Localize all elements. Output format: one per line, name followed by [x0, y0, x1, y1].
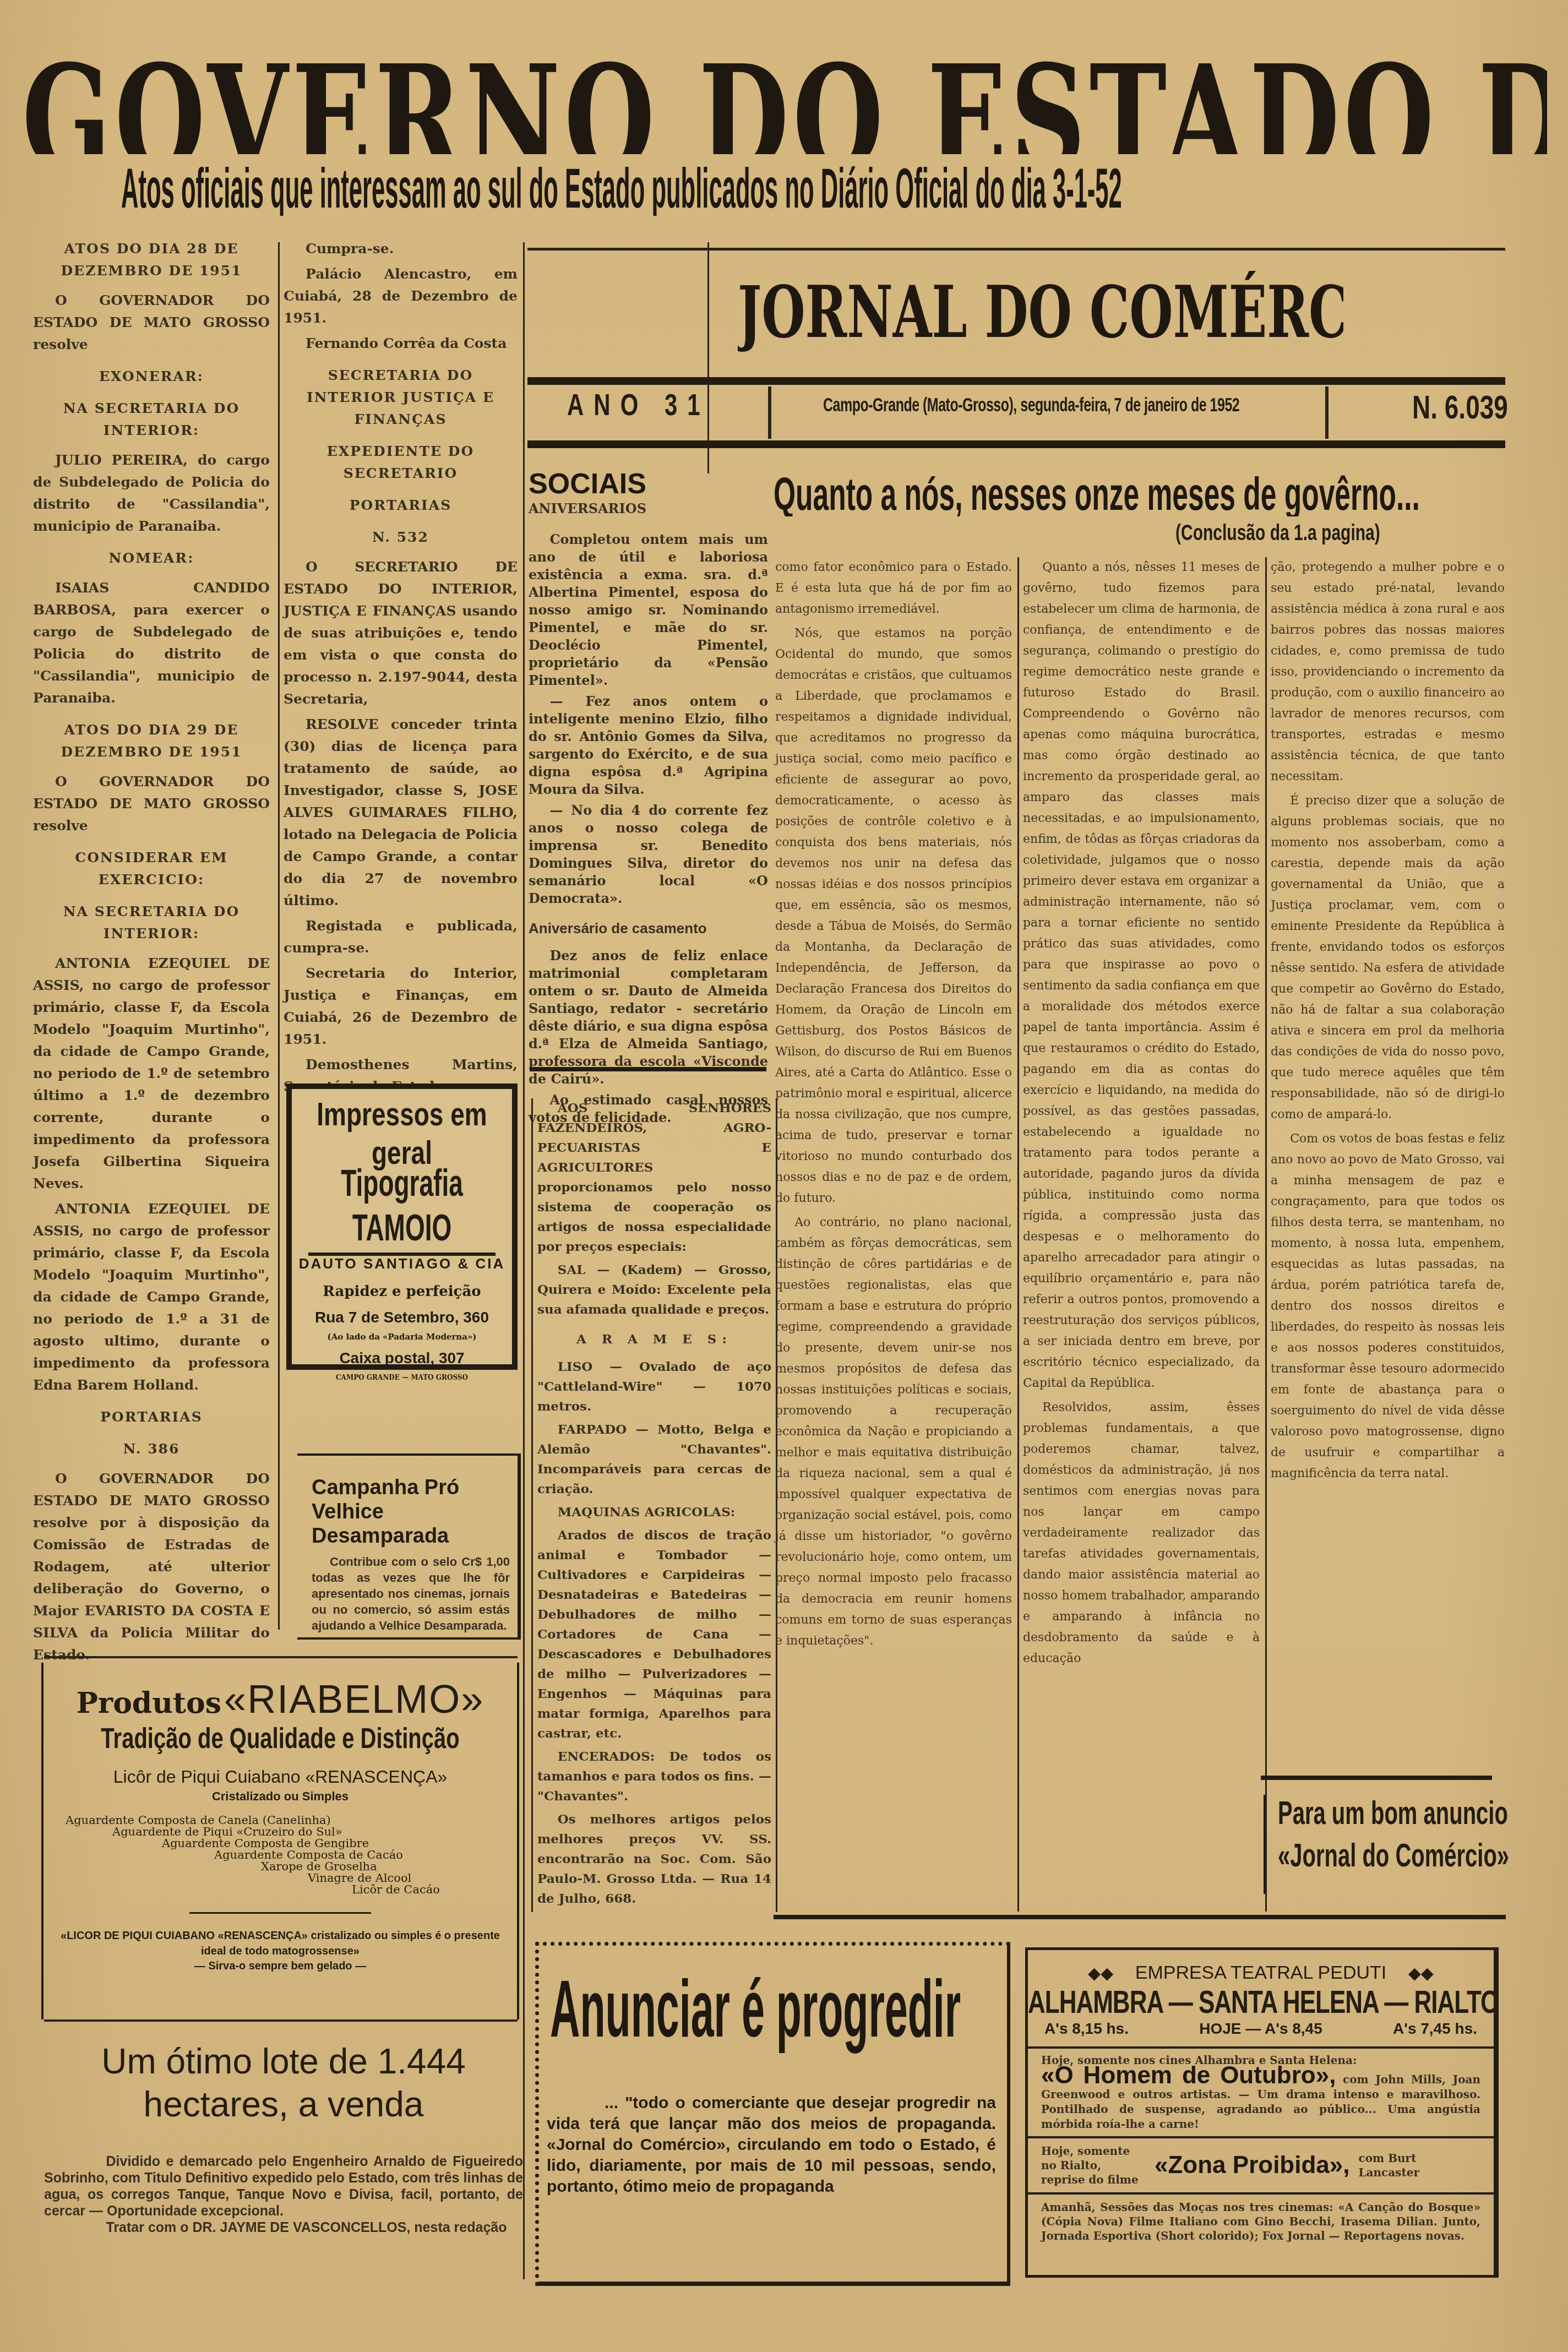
column-rule [1017, 557, 1019, 1912]
riabelmo-divider [189, 1912, 371, 1914]
masthead-title: JORNAL DO COMÉRCIO [738, 270, 1343, 363]
cinema-film1: Hoje, somente nos cines Alhambra e Santa… [1028, 2049, 1494, 2136]
ad-riabelmo: Produtos «RIABELMO» Tradição de Qualidad… [41, 1663, 519, 2019]
banner-subtitle: Atos oficiais que interessam ao sul do E… [121, 155, 1498, 216]
section-rule [774, 1915, 1506, 1919]
year-label: ANO 31 [567, 388, 710, 422]
column-rule [278, 242, 280, 1630]
diamond-icon: ◆◆ [1088, 1964, 1113, 1983]
masthead-rule-upper [527, 377, 1505, 385]
editorial-col-c: ção, protegendo a mulher pobre e o seu e… [1271, 557, 1505, 1488]
column-rule [707, 242, 709, 473]
section-rule [530, 1067, 766, 1071]
section-rule [1261, 1776, 1492, 1780]
ad-campanha-velhice: Campanha Pró Velhice Desamparada Contrib… [297, 1453, 521, 1640]
dateline: Campo-Grande (Mato-Grosso), segunda-feir… [823, 394, 1239, 417]
editorial-col-b: Quanto a nós, nêsses 11 meses de govêrno… [1023, 557, 1260, 1673]
editorial-col-a: como fator econômico para o Estado. E é … [775, 557, 1012, 1655]
ad-anunciar-progredir: Anunciar é progredir ... "todo o comerci… [535, 1942, 1010, 2286]
riabelmo-products: Aguardente Composta de Canela (Canelinha… [43, 1815, 517, 1896]
masthead-divider [768, 386, 771, 439]
masthead-divider [1325, 386, 1329, 439]
editorial-subhead: (Conclusão da 1.a pagina) [1175, 521, 1380, 546]
masthead-rule-lower [527, 440, 1505, 448]
atos-column-2: Cumpra-se. Palácio Alencastro, em Cuiabá… [284, 238, 518, 1101]
ad-tamoio-line2: Tipografia TAMOIO [308, 1160, 496, 1256]
banner-title: GOVERNO DO ESTADO DE MATO GROSSO [22, 33, 1547, 154]
masthead-top-rule [527, 248, 1505, 251]
section-rule [44, 1656, 518, 1658]
atos-column-1: ATOS DO DIA 28 DE DEZEMBRO DE 1951 O GOV… [33, 238, 270, 1669]
cinema-company: ◆◆ EMPRESA TEATRAL PEDUTI ◆◆ [1028, 1962, 1494, 1984]
ad-lote-hectares: Um ótimo lote de 1.444 hectares, a venda… [44, 2040, 523, 2236]
column-rule [1265, 557, 1267, 1912]
column-rule [523, 242, 525, 2279]
riabelmo-title: Produtos «RIABELMO» [43, 1677, 517, 1722]
issue-number: N. 6.039 [1412, 388, 1508, 426]
editorial-headline: Quanto a nós, nesses onze meses de govêr… [774, 467, 1511, 516]
sociais-title: SOCIAIS [529, 468, 768, 500]
ad-tipografia-tamoio: Impressos em geral Tipografia TAMOIO DAU… [286, 1084, 518, 1370]
cinema-film2: Hoje, somente no Rialto, reprise do film… [1028, 2138, 1494, 2192]
ad-cinema-peduti: ◆◆ EMPRESA TEATRAL PEDUTI ◆◆ ALHAMBRA — … [1025, 1947, 1499, 2278]
diamond-icon: ◆◆ [1408, 1964, 1434, 1983]
sociais-column: SOCIAIS ANIVERSARIOS Completou ontem mai… [529, 468, 768, 1130]
section-rule [44, 2019, 518, 2022]
ad-bom-anuncio: Para um bom anuncio «Jornal do Comércio» [1264, 1795, 1502, 1894]
fazendeiros-ad: AOS SENHORES FAZENDEIROS, AGRO-PECUARIST… [531, 1098, 777, 1912]
